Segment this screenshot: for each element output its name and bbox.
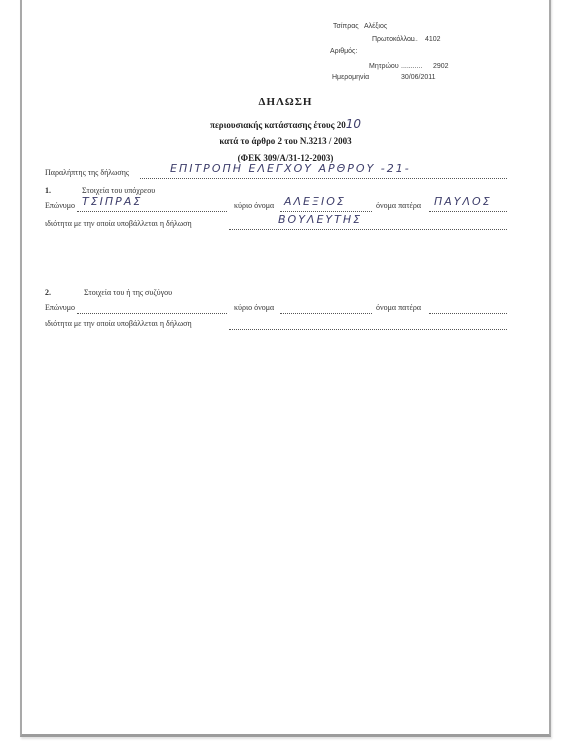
stamp-protocol-dots: .... [410, 36, 418, 43]
s1-father-value: ΠΑΥΛΟΣ [434, 195, 492, 208]
s1-surname-value: ΤΣΙΠΡΑΣ [82, 195, 142, 208]
year-handwritten: 10 [346, 117, 361, 131]
stamp-name-value: Αλέξιος [364, 23, 387, 30]
declaration-year-line: περιουσιακής κατάστασης έτους 2010 [22, 117, 549, 131]
section1-number: 1. [45, 186, 51, 195]
s2-firstname-line [280, 313, 372, 314]
s1-firstname-value: ΑΛΕΞΙΟΣ [284, 195, 346, 208]
section2-heading: Στοιχεία του ή της συζύγου [84, 288, 172, 297]
s2-surname-label: Επώνυμο [45, 303, 75, 312]
s2-firstname-label: κύριο όνομα [234, 303, 274, 312]
s1-father-label: όνομα πατέρα [376, 201, 421, 210]
s1-father-line [429, 211, 507, 212]
recipient-label: Παραλήπτης της δήλωσης [45, 168, 129, 177]
section2-number: 2. [45, 288, 51, 297]
s2-surname-line [77, 313, 227, 314]
recipient-value: ΕΠΙΤΡΟΠΗ ΕΛΕΓΧΟΥ ΑΡΘΡΟΥ -21- [170, 162, 411, 175]
s1-capacity-label: ιδιότητα με την οποία υποβάλλεται η δήλω… [45, 219, 192, 228]
s2-capacity-line [229, 329, 507, 330]
stamp-date-label: Ημερομηνία [332, 74, 369, 81]
section1-heading: Στοιχεία του υπόχρεου [82, 186, 155, 195]
s1-surname-label: Επώνυμο [45, 201, 75, 210]
stamp-registry-value: 2902 [433, 63, 449, 70]
stamp-protocol-label: Πρωτοκόλλου [372, 36, 415, 43]
stamp-date-value: 30/06/2011 [401, 74, 436, 81]
s1-surname-line [77, 211, 227, 212]
stamp-name-label: Τσίπρας [333, 23, 359, 30]
s1-firstname-line [280, 211, 372, 212]
recipient-line [140, 178, 507, 179]
stamp-number-label: Αριθμός: [330, 48, 357, 55]
s2-capacity-label: ιδιότητα με την οποία υποβάλλεται η δήλω… [45, 319, 192, 328]
law-reference: κατά το άρθρο 2 του Ν.3213 / 2003 [22, 136, 549, 146]
stamp-registry-label: Μητρώου [369, 63, 399, 70]
s1-firstname-label: κύριο όνομα [234, 201, 274, 210]
stamp-registry-dots: ........... [401, 63, 422, 70]
document-page: Τσίπρας Αλέξιος Πρωτοκόλλου .... 4102 Αρ… [20, 0, 551, 737]
year-line-prefix: περιουσιακής κατάστασης έτους 20 [210, 120, 346, 130]
s1-capacity-line [229, 229, 507, 230]
s1-capacity-value: ΒΟΥΛΕΥΤΗΣ [278, 213, 362, 226]
document-heading: ΔΗΛΩΣΗ [22, 96, 549, 108]
s2-father-line [429, 313, 507, 314]
stamp-protocol-value: 4102 [425, 36, 441, 43]
s2-father-label: όνομα πατέρα [376, 303, 421, 312]
